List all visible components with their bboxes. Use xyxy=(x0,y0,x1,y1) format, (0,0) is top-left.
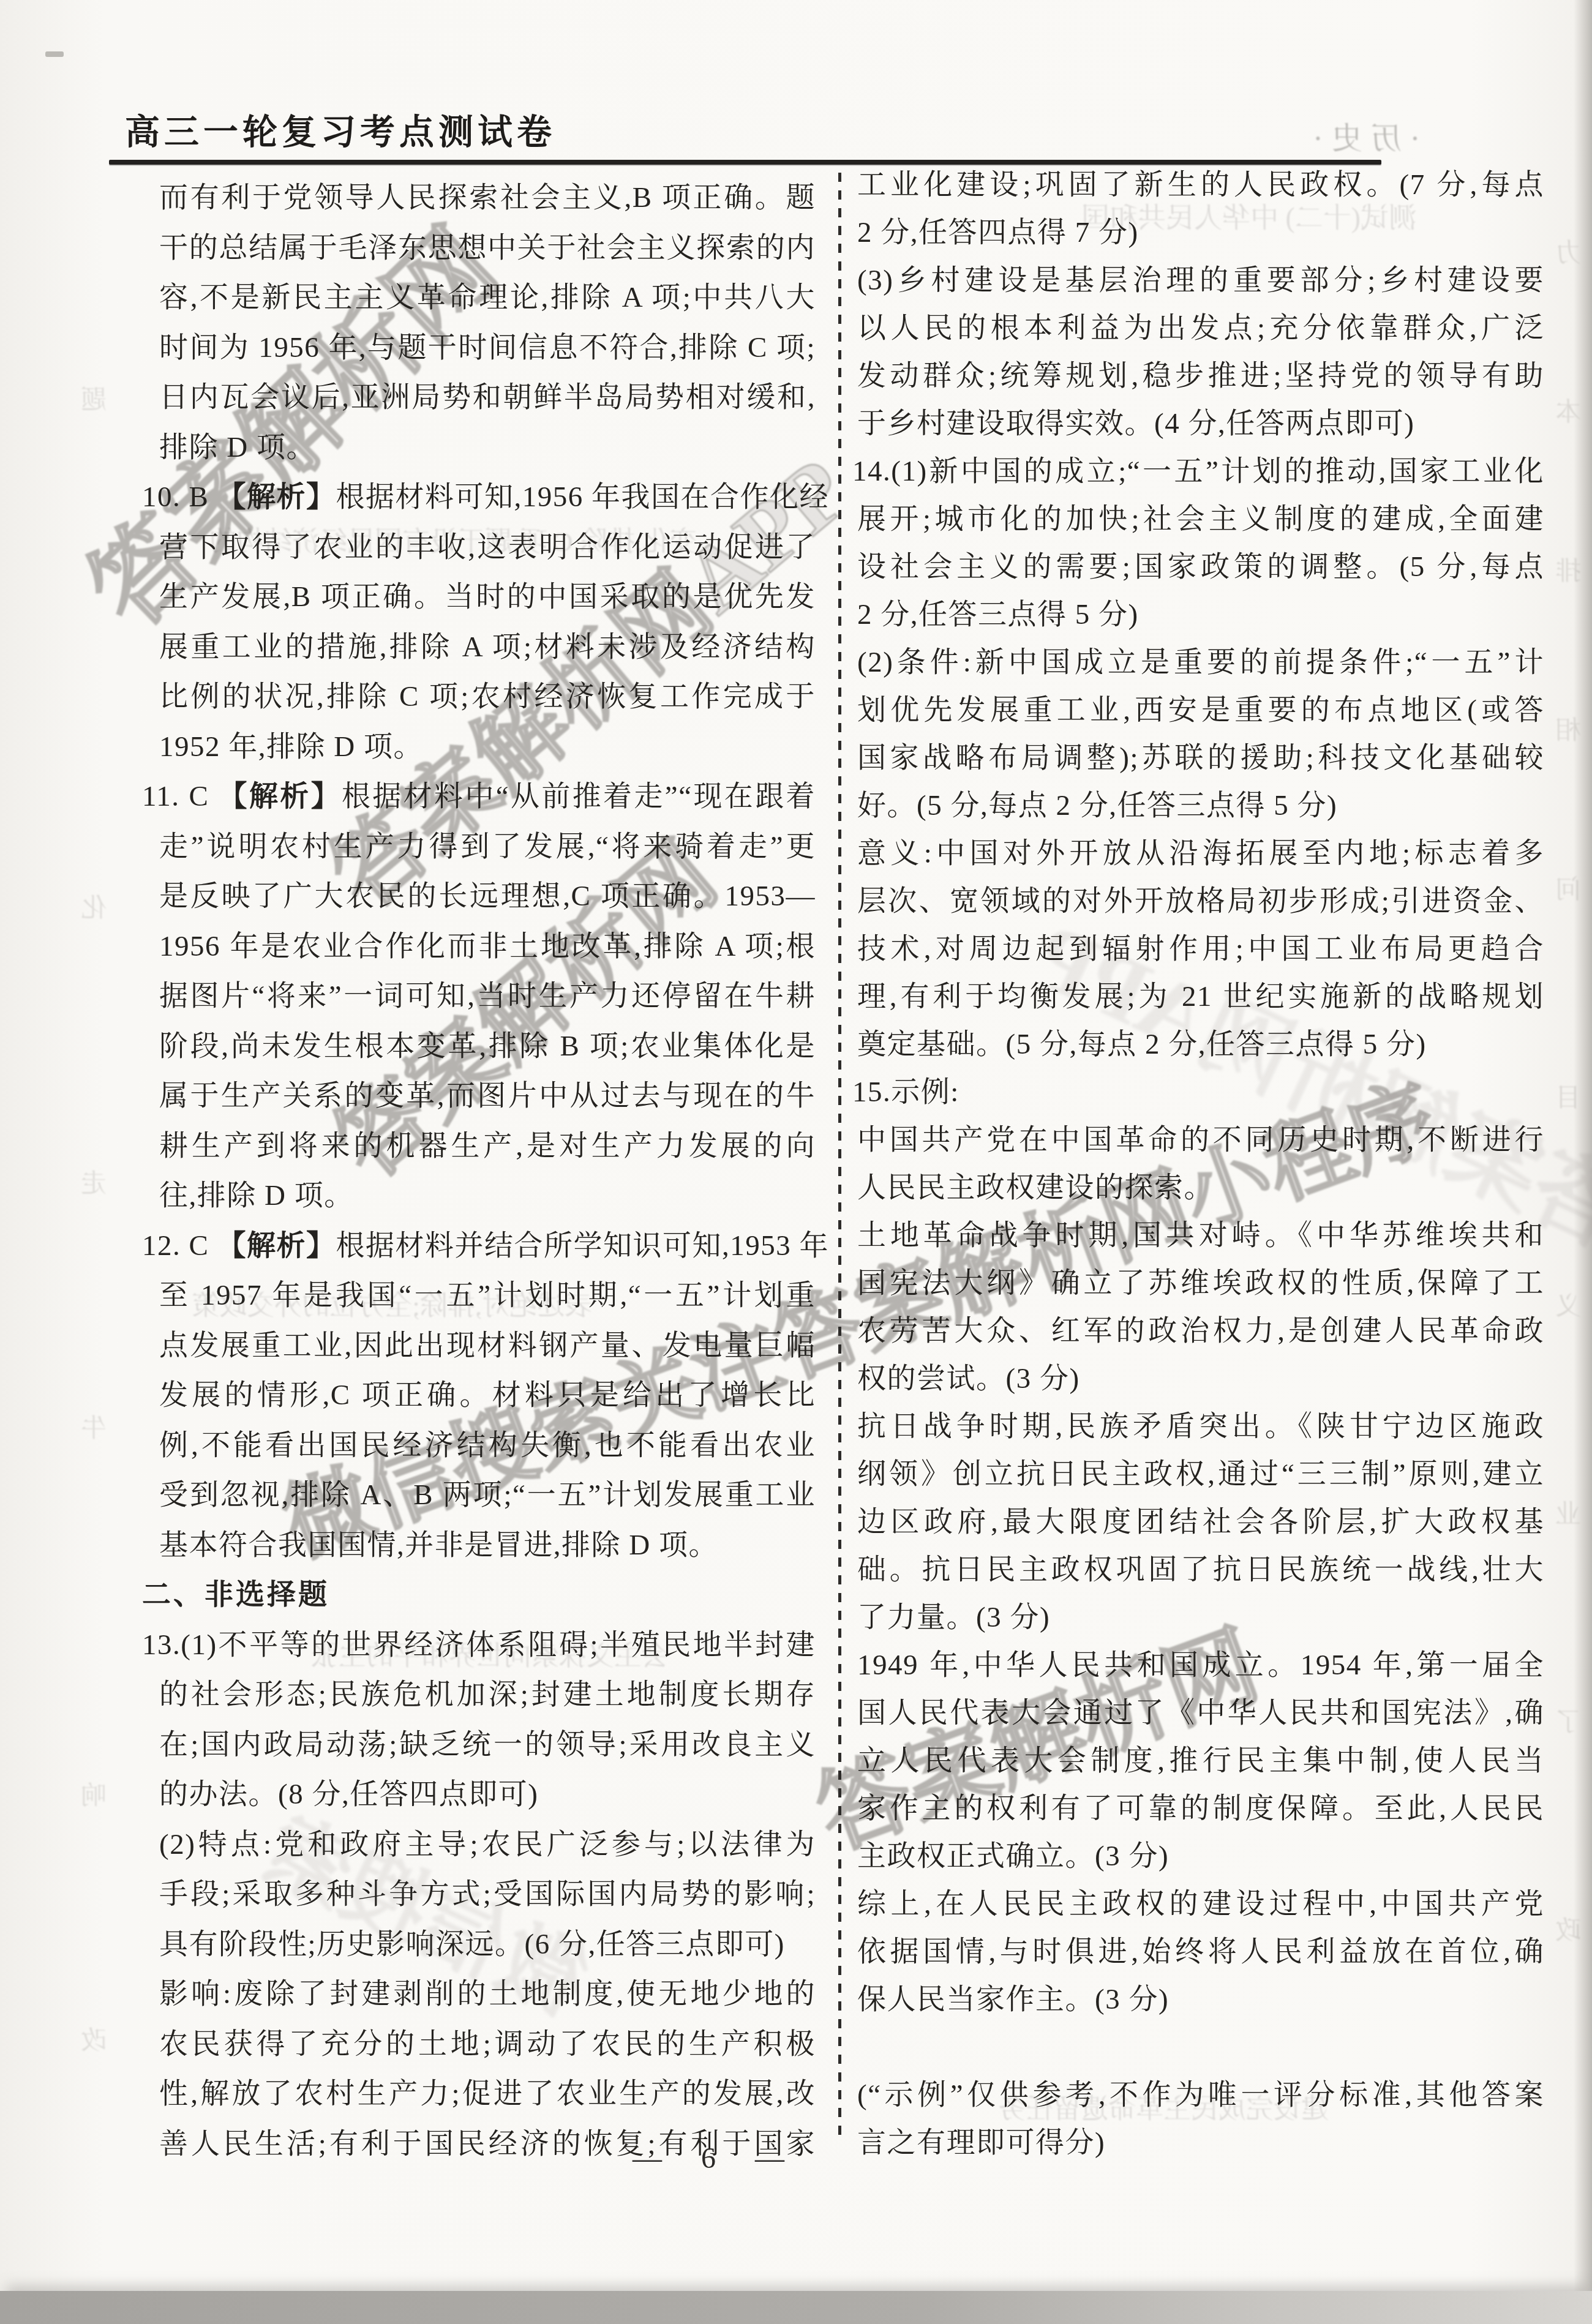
text-line: 的社会形态;民族危机加深;封建土地制度长期存 xyxy=(142,1670,816,1720)
text-line: 2 分,任答三点得 5 分) xyxy=(852,591,1544,639)
bleed-through-edge-char: 力 xyxy=(1555,233,1581,269)
bleed-through-edge-char: 相 xyxy=(1555,710,1581,747)
text-line: 权的尝试。(3 分) xyxy=(852,1355,1544,1403)
text-line: 言之有理即可得分) xyxy=(852,2119,1544,2167)
bleed-through-edge-char: 政 xyxy=(1555,1910,1581,1947)
page-title: 高三一轮复习考点测试卷 xyxy=(125,104,556,154)
text-line: (2)特点:党和政府主导;农民广泛参与;以法律为 xyxy=(142,1820,816,1870)
text-line: 排除 D 项。 xyxy=(142,423,816,473)
text-line: 容,不是新民主主义革命理论,排除 A 项;中共八大 xyxy=(142,273,816,323)
bleed-through-edge-char: 化 xyxy=(81,888,107,924)
text-line: 技术,对周边起到辐射作用;中国工业布局更趋合 xyxy=(852,925,1544,973)
bleed-through-edge-char: 牛 xyxy=(81,1408,107,1445)
text-line: 家作主的权利有了可靠的制度保障。至此,人民民 xyxy=(852,1785,1544,1832)
text-line: 性,解放了农村生产力;促进了农业生产的发展,改 xyxy=(142,2069,816,2120)
analysis-label: 【解析】 xyxy=(217,481,336,513)
text-line: 于乡村建设取得实效。(4 分,任答两点即可) xyxy=(852,400,1544,448)
text-line: 了力量。(3 分) xyxy=(852,1594,1544,1641)
text-line: 据图片“将来”一词可知,当时生产力还停留在牛耕 xyxy=(142,972,816,1022)
text-line: 发展的情形,C 项正确。材料只是给出了增长比 xyxy=(142,1371,816,1421)
text-line: 往,排除 D 项。 xyxy=(142,1171,816,1221)
text-line: (“示例”仅供参考,不作为唯一评分标准,其他答案 xyxy=(852,2071,1544,2119)
bleed-through-edge-char: 走 xyxy=(81,1163,107,1200)
text-line: 具有阶段性;历史影响深远。(6 分,任答三点即可) xyxy=(142,1920,816,1970)
text-line: 受到忽视,排除 A、B 两项;“一五”计划发展重工业 xyxy=(142,1471,816,1521)
answer-column-right: 工业化建设;巩固了新生的人民政权。(7 分,每点2 分,任答四点得 7 分)(3… xyxy=(852,161,1544,2167)
text-line: 划优先发展重工业,西安是重要的布点地区(或答 xyxy=(852,686,1544,734)
answer-column-left: 而有利于党领导人民探索社会主义,B 项正确。题干的总结属于毛泽东思想中关于社会主… xyxy=(142,173,816,2169)
text-line: 1956 年是农业合作化而非土地改革,排除 A 项;根 xyxy=(142,922,816,972)
bleed-through-edge-char: 本 xyxy=(1555,392,1581,429)
text-line: 立人民代表大会制度,推行民主集中制,使人民当 xyxy=(852,1737,1544,1785)
text-line: 基本符合我国国情,并非是冒进,排除 D 项。 xyxy=(142,1521,816,1571)
blank-line xyxy=(852,2023,1544,2071)
bleed-through-edge-char: 改 xyxy=(81,2020,107,2057)
text-line: 阶段,尚未发生根本变革,排除 B 项;农业集体化是 xyxy=(142,1022,816,1072)
text-line: 14.(1)新中国的成立;“一五”计划的推动,国家工业化 xyxy=(852,448,1544,495)
text-line: 以人民的根本利益为出发点;充分依靠群众,广泛 xyxy=(852,304,1544,352)
text-line: 12. C 【解析】根据材料并结合所学知识可知,1953 年 xyxy=(142,1221,816,1272)
text-line: 例,不能看出国民经济结构失衡,也不能看出农业 xyxy=(142,1421,816,1471)
text-line: 15.示例: xyxy=(852,1068,1544,1116)
text-line: 展开;城市化的加快;社会主义制度的建成,全面建 xyxy=(852,495,1544,543)
text-line: 耕生产到将来的机器生产,是对生产力发展的向 xyxy=(142,1122,816,1172)
section-heading: 二、非选择题 xyxy=(142,1570,816,1621)
subject-ghost-label: ·历史· xyxy=(1304,114,1420,158)
text-line: 1949 年,中华人民共和国成立。1954 年,第一届全 xyxy=(852,1641,1544,1689)
text-line: 11. C 【解析】根据材料中“从前推着走”“现在跟着 xyxy=(142,772,816,822)
text-line: 日内瓦会议后,亚洲局势和朝鲜半岛局势相对缓和, xyxy=(142,373,816,423)
text-line: 在;国内政局动荡;缺乏统一的领导;采用改良主义 xyxy=(142,1720,816,1771)
text-line: 手段;采取多种斗争方式;受国际国内局势的影响; xyxy=(142,1870,816,1920)
text-line: 而有利于党领导人民探索社会主义,B 项正确。题 xyxy=(142,173,816,223)
text-line: 抗日战争时期,民族矛盾突出。《陕甘宁边区施政 xyxy=(852,1403,1544,1450)
text-line: 2 分,任答四点得 7 分) xyxy=(852,209,1544,257)
text-line: 影响:废除了封建剥削的土地制度,使无地少地的 xyxy=(142,1970,816,2020)
bleed-through-edge-char: 业 xyxy=(1555,1494,1581,1531)
scan-artifact-mark xyxy=(45,51,64,57)
text-line: 依据国情,与时俱进,始终将人民利益放在首位,确 xyxy=(852,1928,1544,1976)
text-line: 意义:中国对外开放从沿海拓展至内地;标志着多 xyxy=(852,830,1544,877)
page-number: — 6 — xyxy=(618,2142,814,2175)
text-line: (2)条件:新中国成立是重要的前提条件;“一五”计 xyxy=(852,639,1544,686)
text-line: 保人民当家作主。(3 分) xyxy=(852,1976,1544,2023)
analysis-label: 【解析】 xyxy=(217,1230,336,1262)
text-line: 时间为 1956 年,与题干时间信息不符合,排除 C 项; xyxy=(142,323,816,373)
text-line: 的办法。(8 分,任答四点即可) xyxy=(142,1770,816,1820)
text-line: 10. B 【解析】根据材料可知,1956 年我国在合作化经 xyxy=(142,473,816,523)
text-line: 走”说明农村生产力得到了发展,“将来骑着走”更 xyxy=(142,822,816,872)
text-line: 营下取得了农业的丰收,这表明合作化运动促进了 xyxy=(142,523,816,573)
text-line: 奠定基础。(5 分,每点 2 分,任答三点得 5 分) xyxy=(852,1021,1544,1068)
text-line: 人民民主政权建设的探索。 xyxy=(852,1164,1544,1212)
analysis-label: 【解析】 xyxy=(219,781,342,812)
text-line: 农劳苦大众、红军的政治权力,是创建人民革命政 xyxy=(852,1307,1544,1355)
scan-edge-bottom xyxy=(0,2291,1592,2324)
text-line: 国人民代表大会通过了《中华人民共和国宪法》,确 xyxy=(852,1689,1544,1737)
text-line: 13.(1)不平等的世界经济体系阻碍;半殖民地半封建 xyxy=(142,1621,816,1671)
bleed-through-edge-char: 响 xyxy=(81,1775,107,1812)
text-line: (3)乡村建设是基层治理的重要部分;乡村建设要 xyxy=(852,257,1544,304)
text-line: 层次、宽领域的对外开放格局初步形成;引进资金、 xyxy=(852,877,1544,925)
scanned-answer-page: 答案解析网答案解析网APP答案解析网微信搜索关注答案解析网小程序答案解析网答案解… xyxy=(0,0,1592,2324)
text-line: 干的总结属于毛泽东思想中关于社会主义探索的内 xyxy=(142,223,816,274)
text-line: 点发展重工业,因此出现材料钢产量、发电量巨幅 xyxy=(142,1321,816,1371)
text-line: 至 1957 年是我国“一五”计划时期,“一五”计划重 xyxy=(142,1271,816,1321)
bleed-through-edge-char: 目 xyxy=(1555,1078,1581,1114)
bleed-through-edge-char: 排 xyxy=(1555,551,1581,588)
text-line: 边区政府,最大限度团结社会各阶层,扩大政权基 xyxy=(852,1498,1544,1546)
bleed-through-edge-char: 了 xyxy=(1555,1702,1581,1739)
text-line: 中国共产党在中国革命的不同历史时期,不断进行 xyxy=(852,1116,1544,1164)
text-line: 工业化建设;巩固了新生的人民政权。(7 分,每点 xyxy=(852,161,1544,209)
text-line: 展重工业的措施,排除 A 项;材料未涉及经济结构 xyxy=(142,623,816,673)
text-line: 生产发展,B 项正确。当时的中国采取的是优先发 xyxy=(142,572,816,623)
text-line: 属于生产关系的变革,而图片中从过去与现在的牛 xyxy=(142,1071,816,1122)
bleed-through-edge-char: 义 xyxy=(1555,1286,1581,1322)
text-line: 理,有利于均衡发展;为 21 世纪实施新的战略规划 xyxy=(852,973,1544,1021)
text-line: 是反映了广大农民的长远理想,C 项正确。1953— xyxy=(142,872,816,922)
text-line: 主政权正式确立。(3 分) xyxy=(852,1832,1544,1880)
bleed-through-edge-char: 题 xyxy=(81,380,107,416)
text-line: 比例的状况,排除 C 项;农村经济恢复工作完成于 xyxy=(142,672,816,722)
text-line: 农民获得了充分的土地;调动了农民的生产积极 xyxy=(142,2020,816,2070)
text-line: 1952 年,排除 D 项。 xyxy=(142,722,816,773)
text-line: 础。抗日民主政权巩固了抗日民族统一战线,壮大 xyxy=(852,1546,1544,1594)
text-line: 纲领》创立抗日民主政权,通过“三三制”原则,建立 xyxy=(852,1450,1544,1498)
text-line: 国宪法大纲》确立了苏维埃政权的性质,保障了工 xyxy=(852,1259,1544,1307)
text-line: 设社会主义的需要;国家政策的调整。(5 分,每点 xyxy=(852,543,1544,591)
text-line: 好。(5 分,每点 2 分,任答三点得 5 分) xyxy=(852,782,1544,830)
text-line: 发动群众;统筹规划,稳步推进;坚持党的领导有助 xyxy=(852,352,1544,400)
column-divider xyxy=(838,173,841,2141)
text-line: 综上,在人民民主政权的建设过程中,中国共产党 xyxy=(852,1880,1544,1928)
bleed-through-edge-char: 问 xyxy=(1555,869,1581,906)
text-line: 土地革命战争时期,国共对峙。《中华苏维埃共和 xyxy=(852,1212,1544,1259)
text-line: 国家战略布局调整);苏联的援助;科技文化基础较 xyxy=(852,734,1544,782)
